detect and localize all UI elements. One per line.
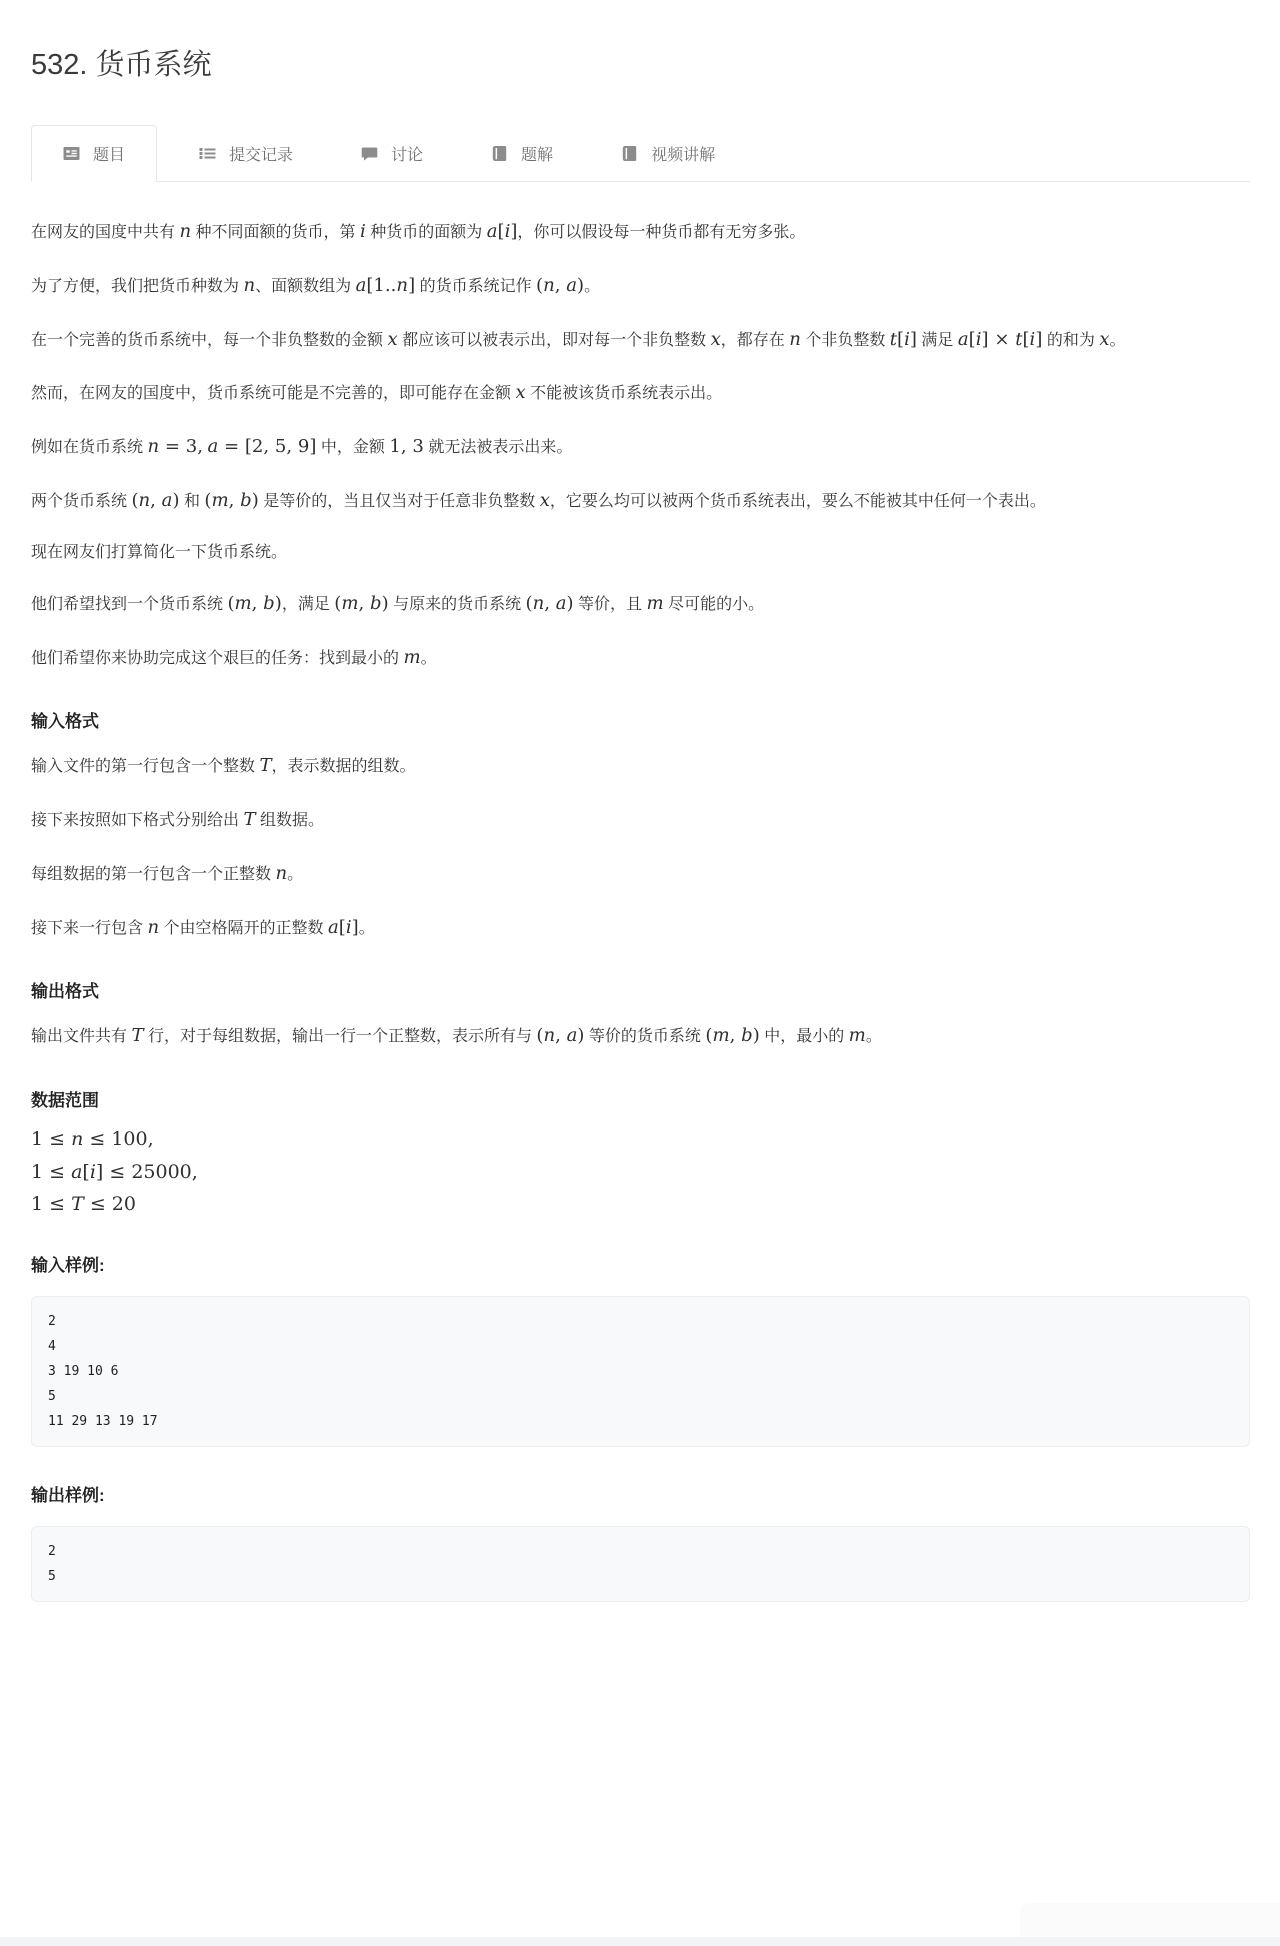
tab-label: 题目 — [93, 142, 125, 165]
tab-label: 视频讲解 — [651, 142, 715, 165]
math-expression: n — [179, 221, 191, 242]
paragraph: 两个货币系统 (n, a) 和 (m, b) 是等价的，当且仅当对于任意非负整数… — [31, 481, 1250, 521]
paragraph: 他们希望找到一个货币系统 (m, b)，满足 (m, b) 与原来的货币系统 (… — [31, 584, 1250, 624]
math-expression: t[i] — [890, 329, 917, 350]
paragraph: 在网友的国度中共有 n 种不同面额的货币，第 i 种货币的面额为 a[i]，你可… — [31, 212, 1250, 252]
paragraph: 每组数据的第一行包含一个正整数 n。 — [31, 854, 1250, 894]
math-expression: T — [243, 809, 255, 830]
paragraph: 输入文件的第一行包含一个整数 T，表示数据的组数。 — [31, 746, 1250, 786]
book-icon — [621, 145, 638, 162]
math-expression: (m, b) — [227, 593, 281, 614]
math-expression: n — [789, 329, 801, 350]
tab-problem[interactable]: 题目 — [31, 125, 157, 182]
math-expression: x — [540, 490, 550, 511]
paragraph: 例如在货币系统 n = 3, a = [2, 5, 9] 中，金额 1, 3 就… — [31, 427, 1250, 467]
math-expression: m — [647, 593, 664, 614]
paragraph: 他们希望你来协助完成这个艰巨的任务：找到最小的 m。 — [31, 638, 1250, 678]
paragraph: 然而，在网友的国度中，货币系统可能是不完善的，即可能存在金额 x 不能被该货币系… — [31, 373, 1250, 413]
math-expression: x — [711, 329, 721, 350]
tab-label: 题解 — [521, 142, 553, 165]
problem-content: 在网友的国度中共有 n 种不同面额的货币，第 i 种货币的面额为 a[i]，你可… — [31, 182, 1250, 1676]
tab-video[interactable]: 视频讲解 — [595, 125, 741, 181]
tab-submissions[interactable]: 提交记录 — [173, 125, 319, 181]
paragraph: 接下来按照如下格式分别给出 T 组数据。 — [31, 800, 1250, 840]
math-expression: T — [259, 755, 271, 776]
tab-discussion[interactable]: 讨论 — [335, 125, 449, 181]
math-expression: m — [849, 1025, 866, 1046]
page-title: 532. 货币系统 — [31, 0, 1250, 83]
math-expression: a[i] — [487, 221, 518, 242]
math-expression: a[i] — [328, 917, 359, 938]
math-expression: a[i] × t[i] — [958, 329, 1043, 350]
problem-page: 532. 货币系统 题目 提交记录 讨论 题解 — [0, 0, 1280, 1676]
math-expression: m — [403, 647, 420, 668]
code-block: 2 4 3 19 10 6 5 11 29 13 19 17 — [31, 1296, 1250, 1447]
paragraph: 接下来一行包含 n 个由空格隔开的正整数 a[i]。 — [31, 908, 1250, 948]
math-expression: T — [131, 1025, 143, 1046]
problem-description: 在网友的国度中共有 n 种不同面额的货币，第 i 种货币的面额为 a[i]，你可… — [31, 212, 1250, 677]
book-icon — [491, 145, 508, 162]
math-expression: (n, a) — [131, 490, 179, 511]
footer-box — [1020, 1903, 1280, 1937]
section-heading: 数据范围 — [31, 1086, 1250, 1111]
list-icon — [199, 145, 216, 162]
tab-label: 提交记录 — [229, 142, 293, 165]
comment-icon — [361, 145, 378, 162]
math-expression: a = [2, 5, 9] — [207, 436, 316, 457]
math-line: 1 ≤ a[i] ≤ 25000, — [31, 1156, 1250, 1189]
section-heading: 输入样例: — [31, 1251, 1250, 1276]
math-expression: (n, a) — [536, 1025, 584, 1046]
footer-strip — [0, 1937, 1280, 1946]
math-expression: x — [1099, 329, 1109, 350]
tab-solutions[interactable]: 题解 — [465, 125, 579, 181]
math-expression: (m, b) — [204, 490, 258, 511]
math-expression: n = 3, — [147, 436, 203, 457]
paragraph: 在一个完善的货币系统中，每一个非负整数的金额 x 都应该可以被表示出，即对每一个… — [31, 320, 1250, 360]
math-expression: n — [243, 275, 255, 296]
math-expression: x — [387, 329, 397, 350]
math-expression: n — [275, 863, 287, 884]
section-heading: 输出样例: — [31, 1481, 1250, 1506]
math-expression: (n, a) — [526, 593, 574, 614]
math-line: 1 ≤ T ≤ 20 — [31, 1188, 1250, 1221]
math-expression: (m, b) — [705, 1025, 759, 1046]
math-expression: x — [515, 382, 525, 403]
math-expression: (m, b) — [334, 593, 388, 614]
paragraph: 输出文件共有 T 行，对于每组数据，输出一行一个正整数，表示所有与 (n, a)… — [31, 1016, 1250, 1056]
math-expression: 1, 3 — [389, 436, 424, 457]
math-expression: a[1..n] — [356, 275, 416, 296]
math-line: 1 ≤ n ≤ 100, — [31, 1123, 1250, 1156]
section-heading: 输出格式 — [31, 977, 1250, 1002]
tab-bar: 题目 提交记录 讨论 题解 视频讲解 — [31, 125, 1250, 182]
tab-label: 讨论 — [391, 142, 423, 165]
paragraph: 现在网友们打算简化一下货币系统。 — [31, 535, 1250, 570]
section-heading: 输入格式 — [31, 707, 1250, 732]
newspaper-icon — [63, 145, 80, 162]
math-expression: (n, a) — [536, 275, 584, 296]
code-block: 2 5 — [31, 1526, 1250, 1602]
math-expression: n — [147, 917, 159, 938]
math-expression: i — [360, 221, 366, 242]
paragraph: 为了方便，我们把货币种数为 n、面额数组为 a[1..n] 的货币系统记作 (n… — [31, 266, 1250, 306]
problem-sections: 输入格式输入文件的第一行包含一个整数 T，表示数据的组数。接下来按照如下格式分别… — [31, 707, 1250, 1602]
data-range-block: 1 ≤ n ≤ 100,1 ≤ a[i] ≤ 25000,1 ≤ T ≤ 20 — [31, 1123, 1250, 1221]
